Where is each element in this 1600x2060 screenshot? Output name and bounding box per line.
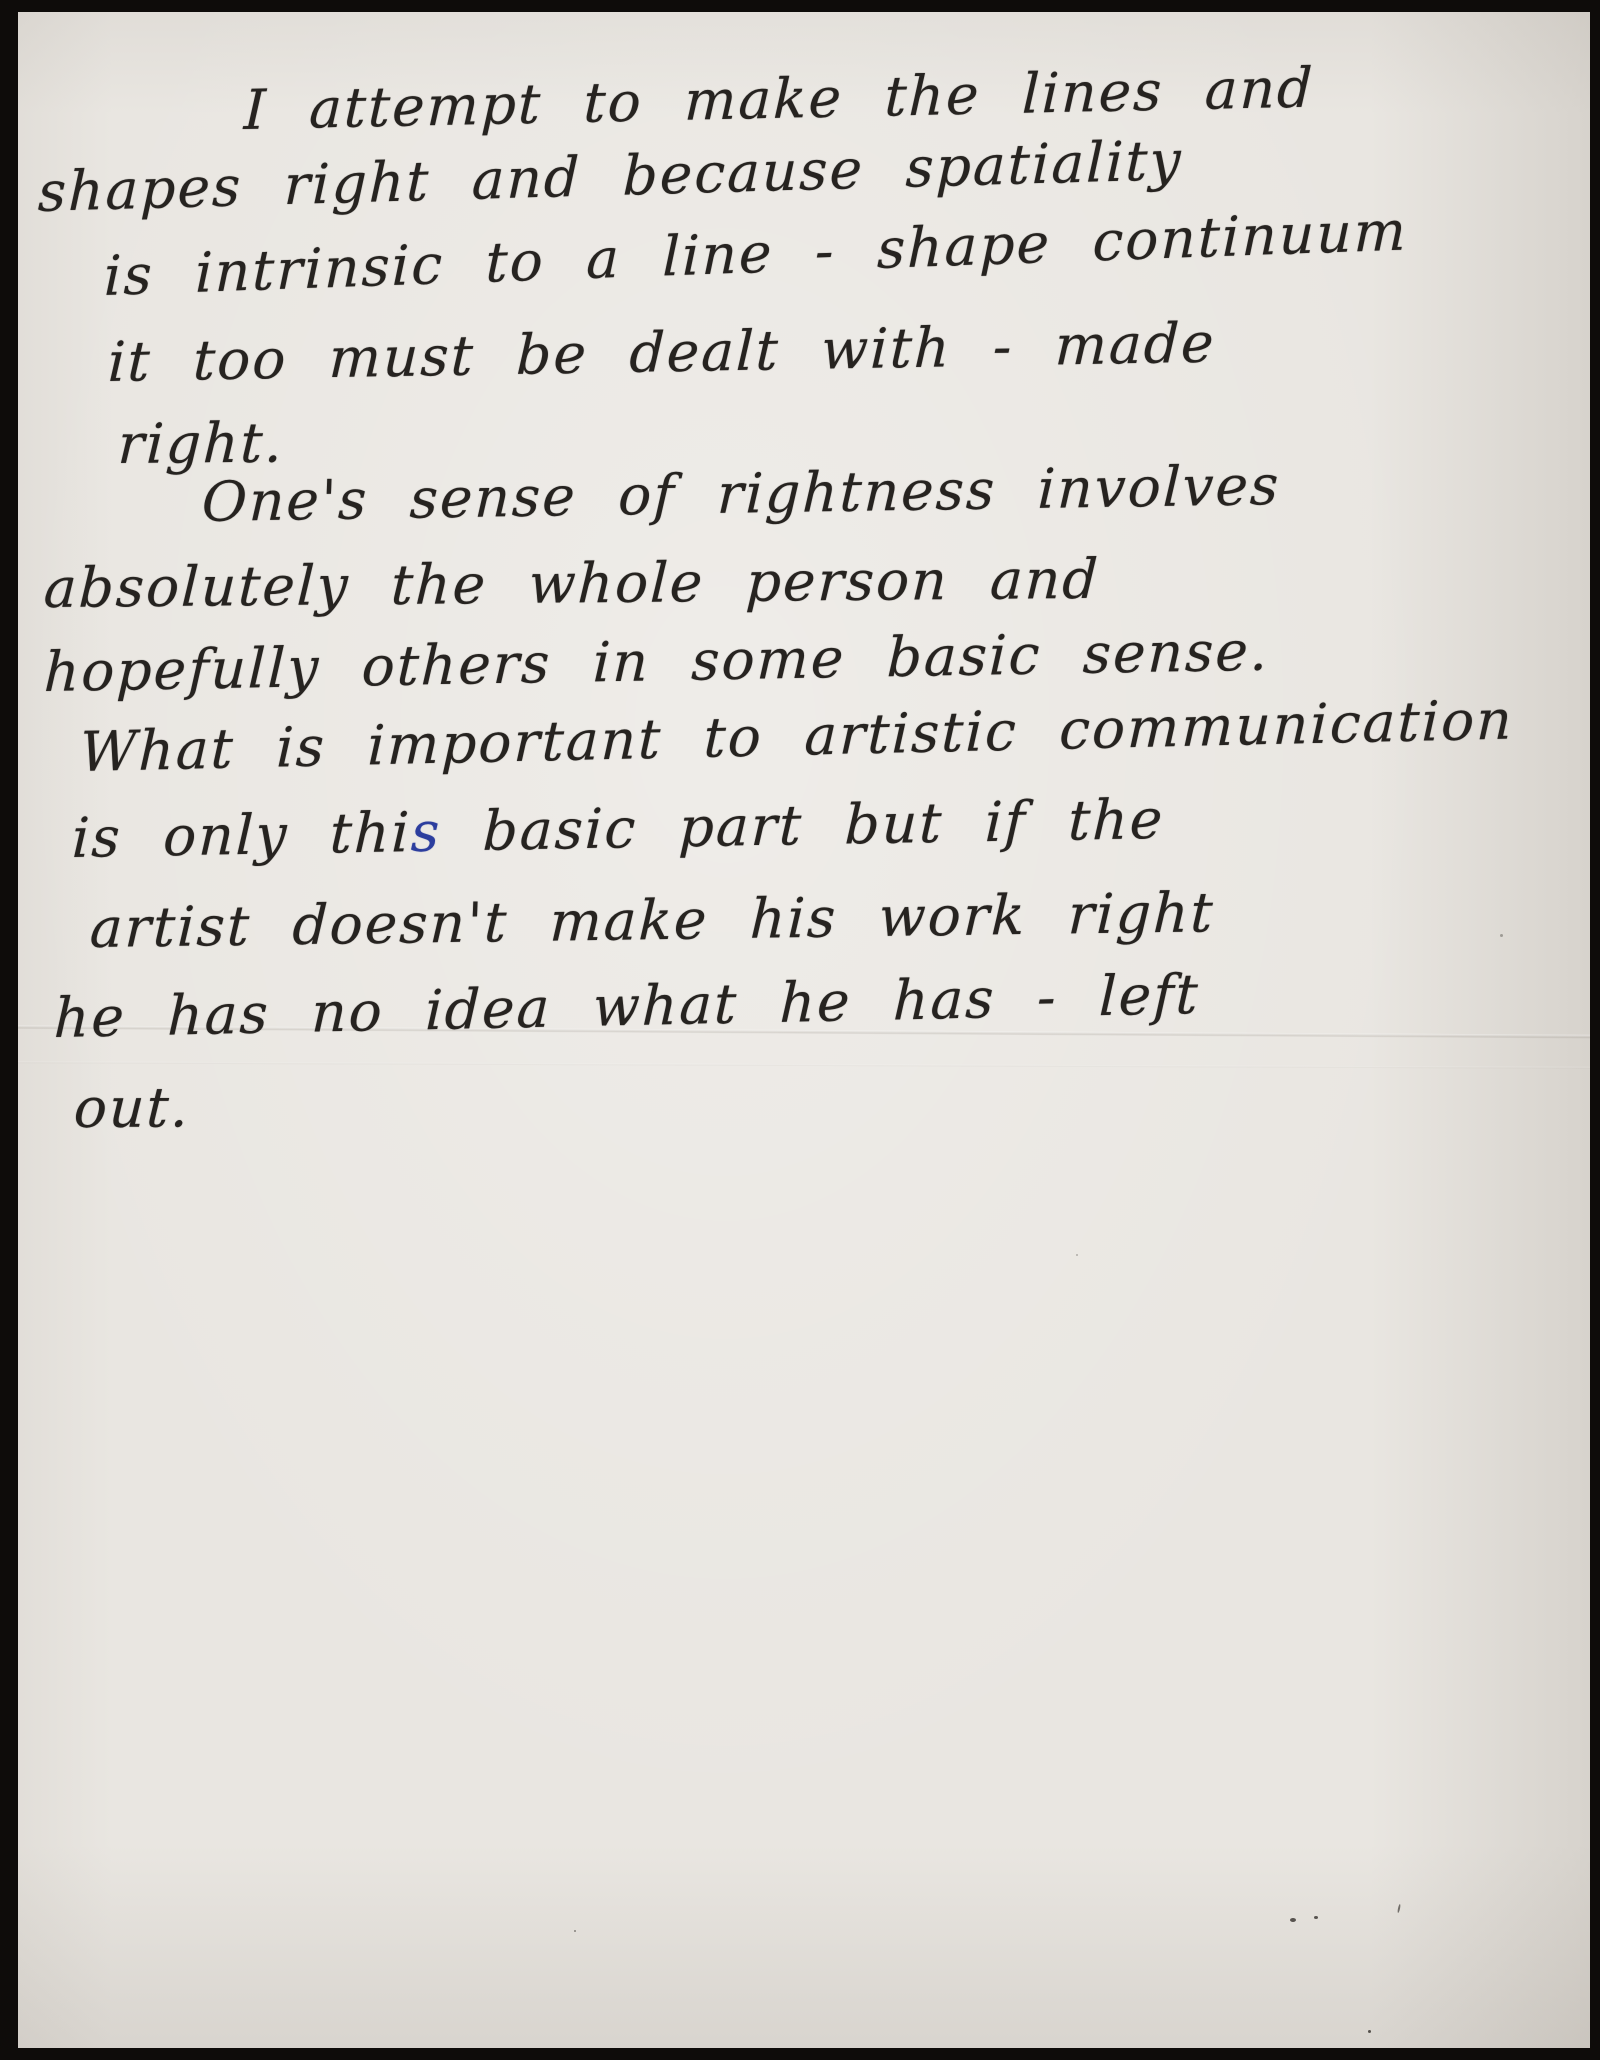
blue-ink-correction: s <box>410 800 442 865</box>
handwritten-line-10: is only this basic part but if the <box>71 787 1166 870</box>
handwritten-line-13: out. <box>72 1075 191 1140</box>
handwritten-line-5: right. <box>117 411 286 476</box>
ink-text: artist doesn't make his work right <box>89 880 1216 960</box>
ink-text: One's sense of rightness involves <box>201 453 1282 534</box>
ink-text: he has no idea what he has - left <box>53 962 1201 1050</box>
handwritten-line-8: hopefully others in some basic sense. <box>43 619 1271 704</box>
ink-text: hopefully others in some basic sense. <box>43 619 1271 704</box>
paper-speck <box>1290 1918 1296 1922</box>
paper-speck <box>1314 1916 1318 1919</box>
paper-speck <box>1076 1254 1078 1256</box>
ink-text: What is important to artistic communicat… <box>79 687 1515 784</box>
paper-speck <box>1500 934 1503 937</box>
handwritten-line-12: he has no idea what he has - left <box>53 962 1201 1050</box>
handwritten-line-2: shapes right and because spatiality <box>37 128 1183 224</box>
letter-page: I attempt to make the lines andshapes ri… <box>18 12 1590 2048</box>
ink-text: out. <box>72 1075 191 1140</box>
ink-text: right. <box>117 411 286 476</box>
handwritten-line-7: absolutely the whole person and <box>43 547 1101 620</box>
ink-text: absolutely the whole person and <box>43 547 1101 620</box>
ink-text: shapes right and because spatiality <box>37 128 1183 224</box>
paper-speck <box>1368 2030 1371 2033</box>
paper-speck <box>574 1930 576 1932</box>
ink-text: basic part but if the <box>440 787 1165 864</box>
ink-text: it too must be dealt with - made <box>107 311 1217 394</box>
ink-text: is only thi <box>71 800 412 870</box>
photo-border-top-edge <box>690 0 1160 8</box>
handwritten-line-6: One's sense of rightness involves <box>201 453 1282 534</box>
handwritten-line-9: What is important to artistic communicat… <box>79 687 1515 784</box>
handwritten-line-11: artist doesn't make his work right <box>89 880 1216 960</box>
handwritten-line-4: it too must be dealt with - made <box>107 311 1217 394</box>
handwriting-layer: I attempt to make the lines andshapes ri… <box>18 12 1590 2048</box>
